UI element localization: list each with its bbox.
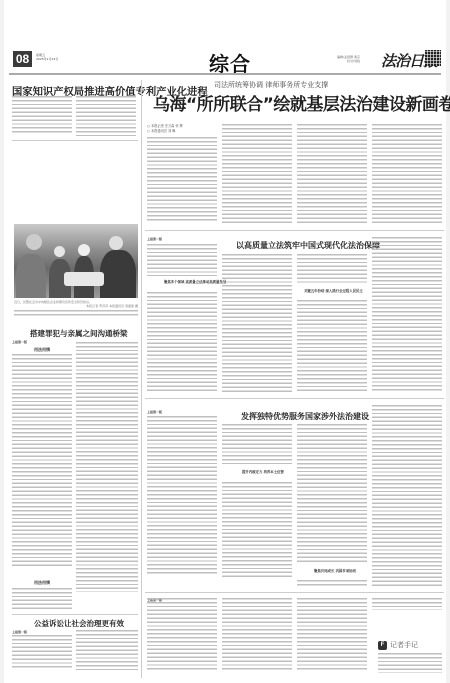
subhead: 用法用情 bbox=[34, 580, 50, 586]
article-body bbox=[297, 124, 367, 223]
reporter-note-body bbox=[378, 653, 442, 673]
article-body bbox=[147, 292, 217, 392]
continued-label: 上接第一版 bbox=[147, 237, 162, 241]
article-body bbox=[147, 244, 217, 276]
headline-legislation: 以高质量立法筑牢中国式现代化法治保障 bbox=[236, 240, 380, 251]
subhead: 聚焦共同成长 巩固多项协同 bbox=[314, 568, 356, 573]
pen-icon: F bbox=[378, 641, 387, 650]
continued-label: 上接第一版 bbox=[147, 410, 162, 414]
subhead: 用法用情 bbox=[34, 347, 50, 353]
article-body bbox=[12, 635, 72, 670]
article-body bbox=[222, 482, 292, 577]
article-body bbox=[12, 96, 72, 133]
subhead: 聚焦多个领域 高质量立法推动高质量发展 bbox=[164, 279, 226, 284]
article-body bbox=[12, 354, 72, 566]
subhead: 提升内核定力 培养本土位智 bbox=[242, 469, 284, 474]
column-divider bbox=[141, 80, 142, 678]
article-body bbox=[222, 254, 292, 392]
article-body bbox=[76, 342, 138, 592]
article-body bbox=[147, 137, 217, 223]
article-body bbox=[297, 580, 367, 588]
article-body bbox=[222, 598, 292, 670]
article-body bbox=[12, 588, 72, 610]
article-body bbox=[147, 416, 217, 576]
article-body bbox=[297, 300, 367, 392]
reporter-note-label: 记者手记 bbox=[390, 640, 418, 650]
headline-public: 公益诉讼让社会治理更有效 bbox=[34, 618, 124, 629]
article-body bbox=[372, 124, 442, 223]
photo-caption: 近日，民警在走访中向辖区企业和群众宣传安全防范知识。 本报记者 罗莎莎 本报通讯… bbox=[14, 300, 138, 308]
article-divider bbox=[145, 398, 444, 399]
page-number: 08 bbox=[13, 51, 32, 67]
article-body bbox=[76, 630, 138, 670]
caption-body bbox=[14, 310, 138, 316]
qr-code-icon bbox=[425, 50, 441, 66]
issue-date: 2025年1月24日 bbox=[36, 57, 58, 61]
article-divider bbox=[12, 140, 138, 141]
article-divider bbox=[145, 592, 444, 593]
headline-foreign: 发挥独特优势服务国家涉外法治建设 bbox=[241, 411, 369, 422]
news-photo bbox=[14, 224, 138, 298]
reporter-note-header: F 记者手记 bbox=[378, 640, 418, 650]
continued-label: 上接第一版 bbox=[12, 630, 27, 634]
article-body bbox=[372, 405, 442, 587]
proofreader-line: 校对/刘锐 bbox=[337, 59, 360, 63]
masthead-rule bbox=[9, 73, 441, 75]
newspaper-page: 08 星期五 2025年1月24日 综合 编辑/孟绍群 黄京 校对/刘锐 法治日… bbox=[4, 0, 446, 683]
kicker-wuhai: 司法所统筹协调 律师事务所专业支撑 bbox=[214, 80, 328, 90]
issue-meta: 星期五 2025年1月24日 bbox=[36, 53, 58, 61]
photo-credit: 本报记者 罗莎莎 本报通讯员 蔡嘉豪 摄 bbox=[14, 304, 138, 308]
article-body bbox=[297, 424, 367, 564]
article-divider bbox=[145, 230, 444, 231]
headline-wuhai: 乌海“所所联合”绘就基层法治建设新画卷 bbox=[153, 90, 450, 115]
article-body bbox=[372, 598, 442, 610]
article-body bbox=[76, 96, 136, 136]
editors: 编辑/孟绍群 黄京 校对/刘锐 bbox=[337, 55, 360, 63]
article-body bbox=[297, 598, 367, 670]
headline-prison: 搭建罪犯与亲属之间沟通桥梁 bbox=[30, 328, 128, 339]
article-divider bbox=[12, 614, 138, 615]
byline-wuhai: □ 本报记者 史万森 荣 辉 □ 本报通讯员 刘 琳 bbox=[147, 124, 183, 134]
subhead: 关键五年份结 深入践行全过程人民民主 bbox=[304, 288, 363, 293]
article-body bbox=[222, 424, 292, 464]
article-body bbox=[222, 124, 292, 223]
article-body bbox=[297, 254, 367, 284]
article-body bbox=[372, 237, 442, 392]
article-body bbox=[147, 598, 217, 670]
continued-label: 上接第一版 bbox=[12, 340, 27, 344]
masthead: 08 星期五 2025年1月24日 综合 编辑/孟绍群 黄京 校对/刘锐 法治日… bbox=[9, 50, 445, 74]
byline-line: □ 本报通讯员 刘 琳 bbox=[147, 129, 183, 134]
